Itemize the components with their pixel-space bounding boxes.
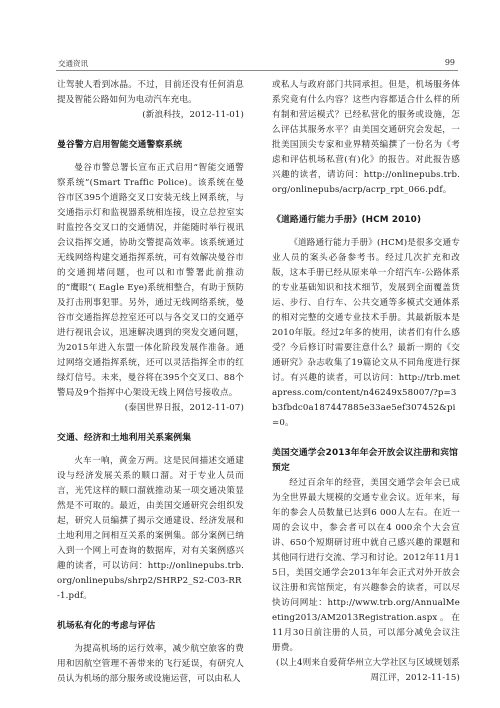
right-column: 或私人与政府部门共同承担。但是，机场服务体系究竟有什么内容？这些内容都适合什么样… (272, 78, 460, 686)
article-title: 交通、经济和土地利用关系案例集 (57, 431, 244, 446)
article-body: 经过百余年的经营，美国交通学会年会已成为全世界最大规模的交通专业会议。近年来，每… (272, 476, 460, 656)
section-name: 交通资讯 (58, 58, 88, 69)
article-title: 美国交通学会2013年年会开放会议注册和宾馆预定 (272, 446, 460, 476)
continuation-text: 让驾驶人看到冰晶。不过，目前还没有任何消息提及智能公路如何为电动汽车充电。 (57, 78, 244, 108)
article-title: 《道路通行能力手册》(HCM 2010) (272, 213, 460, 228)
article-title: 机场私有化的考虑与评估 (57, 619, 244, 634)
left-column: 让驾驶人看到冰晶。不过，目前还没有任何消息提及智能公路如何为电动汽车充电。 (新… (57, 78, 244, 687)
article-source: (新浪科技，2012-11-01) (57, 108, 244, 123)
article-body: 《道路通行能力手册》(HCM)是很多交通专业人员的案头必备参考书。经过几次扩充和… (272, 236, 460, 431)
continuation-text: 或私人与政府部门共同承担。但是，机场服务体系究竟有什么内容？这些内容都适合什么样… (272, 78, 460, 198)
article-title: 曼谷警方启用智能交通警察系统 (57, 138, 244, 153)
article-body: 火车一响，黄金万两。这是民间描述交通建设与经济发展关系的顺口溜。对于专业人员而言… (57, 454, 244, 604)
article-source-line-1: (以上4则来自爱荷华州立大学社区与区域规划系 (272, 656, 460, 671)
article-body: 曼谷市警总署长宣布正式启用“智能交通警察系统”(Smart Traffic Po… (57, 161, 244, 401)
article-body: 为提高机场的运行效率，减少航空旅客的费用和因航空管理不善带来的飞行延误，有研究人… (57, 642, 244, 687)
running-header: 交通资讯 99 (58, 58, 455, 70)
header-rule (56, 70, 458, 71)
article-source: (泰国世界日报，2012-11-07) (57, 401, 244, 416)
article-source-line-2: 周江评，2012-11-15) (272, 671, 460, 686)
page-number: 99 (445, 58, 455, 67)
